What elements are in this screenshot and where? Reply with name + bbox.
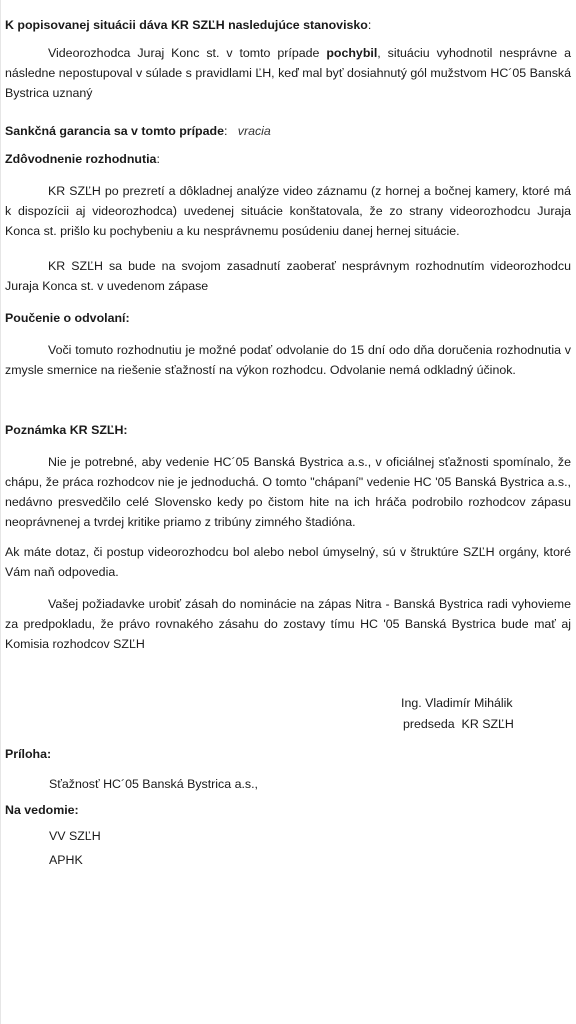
reasoning-heading-text: Zdôvodnenie rozhodnutia: [5, 152, 156, 166]
reasoning-paragraph-1: KR SZĽH po prezretí a dôkladnej analýze …: [5, 181, 571, 241]
cc-item: APHK: [49, 850, 83, 870]
note-paragraph-3: Vašej požiadavke urobiť zásah do nominác…: [5, 594, 571, 654]
appeal-heading: Poučenie o odvolaní:: [5, 308, 571, 328]
note-paragraph-1: Nie je potrebné, aby vedenie HC´05 Bansk…: [5, 452, 571, 532]
cc-item: VV SZĽH: [49, 826, 101, 846]
main-heading-text: K popisovanej situácii dáva KR SZĽH nasl…: [5, 18, 368, 32]
sanction-colon: :: [224, 124, 227, 138]
cc-heading: Na vedomie:: [5, 800, 571, 820]
appeal-paragraph: Voči tomuto rozhodnutiu je možné podať o…: [5, 340, 571, 380]
reasoning-paragraph-2: KR SZĽH sa bude na svojom zasadnutí zaob…: [5, 256, 571, 296]
attachment-heading: Príloha:: [5, 744, 571, 764]
reasoning-heading: Zdôvodnenie rozhodnutia:: [5, 149, 571, 169]
signature-name: Ing. Vladimír Mihálik: [401, 693, 513, 713]
main-heading-colon: :: [368, 18, 371, 32]
sanction-label: Sankčná garancia sa v tomto prípade: [5, 124, 224, 138]
sanction-value: vracia: [238, 124, 271, 138]
verdict-keyword: pochybil: [326, 46, 377, 60]
signature-title: predseda KR SZĽH: [403, 714, 514, 734]
note-paragraph-2: Ak máte dotaz, či postup videorozhodcu b…: [5, 542, 571, 582]
reasoning-heading-colon: :: [156, 152, 159, 166]
sanction-line: Sankčná garancia sa v tomto prípade: vra…: [5, 121, 571, 141]
verdict-text-pre: Videorozhodca Juraj Konc st. v tomto prí…: [48, 46, 326, 60]
attachment-item: Sťažnosť HC´05 Banská Bystrica a.s.,: [49, 774, 258, 794]
note-heading: Poznámka KR SZĽH:: [5, 420, 571, 440]
main-heading: K popisovanej situácii dáva KR SZĽH nasl…: [5, 15, 571, 35]
verdict-paragraph: Videorozhodca Juraj Konc st. v tomto prí…: [5, 43, 571, 103]
document-page: K popisovanej situácii dáva KR SZĽH nasl…: [0, 0, 576, 1024]
